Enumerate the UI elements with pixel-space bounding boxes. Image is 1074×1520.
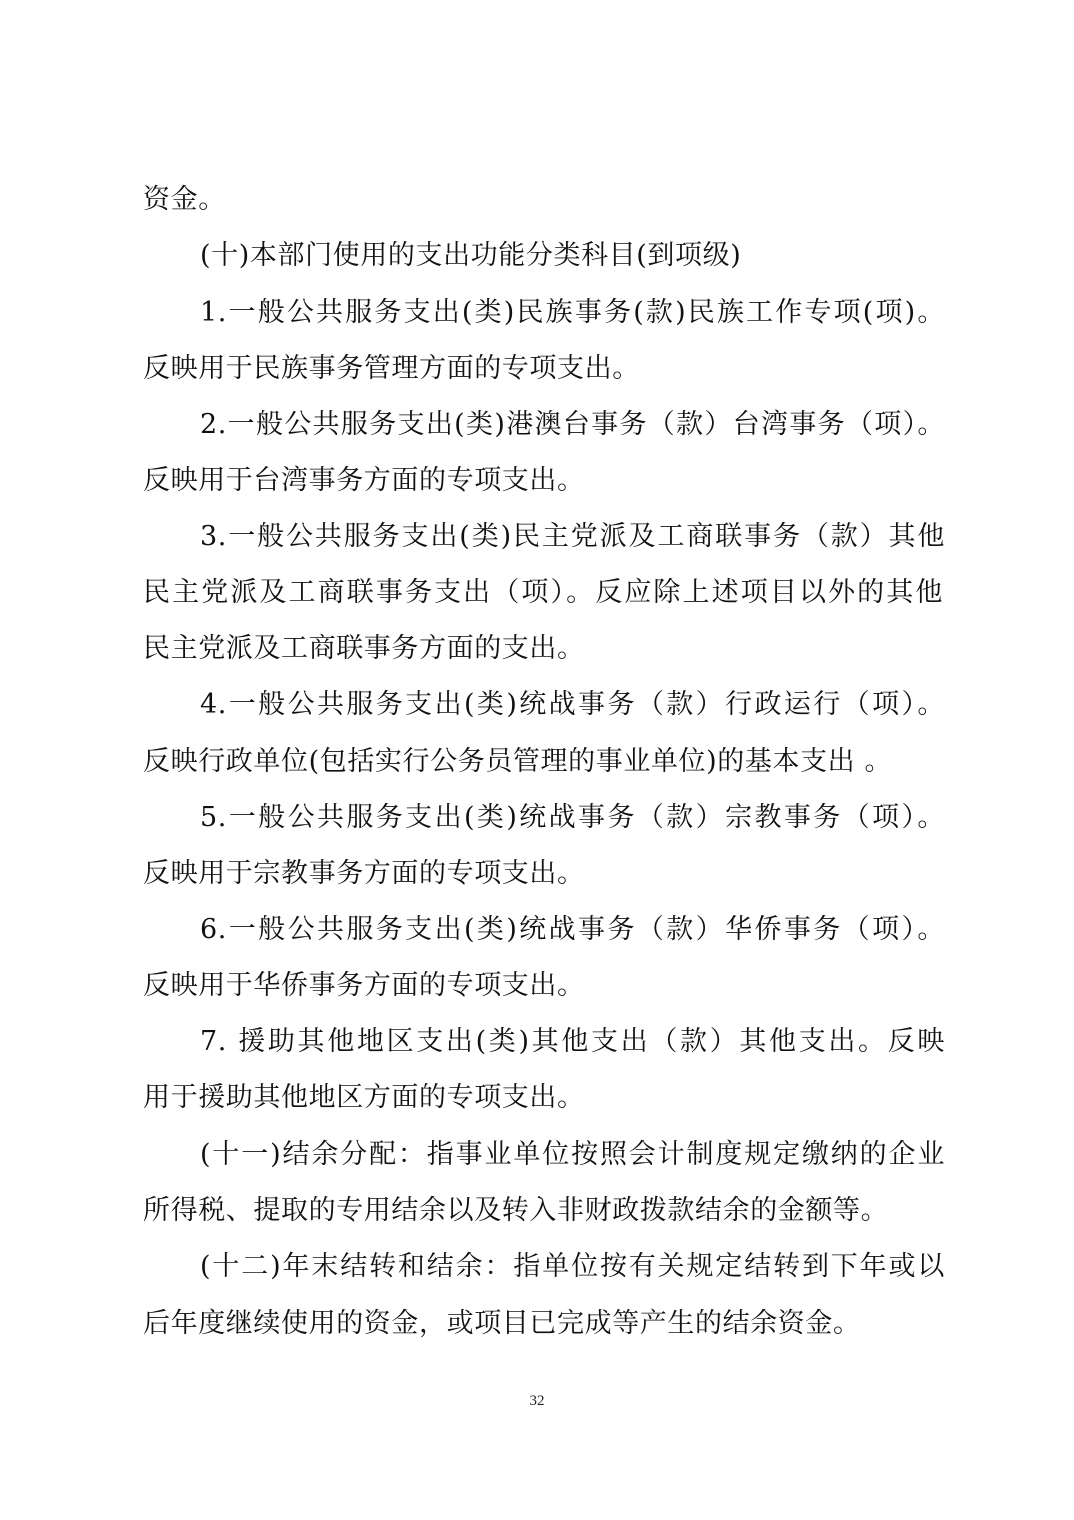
item-2-description: 反映用于台湾事务方面的专项支出。 — [143, 461, 943, 501]
item-6-title: 6.一般公共服务支出(类)统战事务（款）华侨事务（项）。 — [200, 910, 945, 950]
item-5-title: 5.一般公共服务支出(类)统战事务（款）宗教事务（项）。 — [200, 798, 945, 838]
document-page: 资金。 (十)本部门使用的支出功能分类科目(到项级) 1.一般公共服务支出(类)… — [0, 0, 1074, 1520]
item-1-description: 反映用于民族事务管理方面的专项支出。 — [143, 349, 943, 389]
section-twelve-definition-cont: 后年度继续使用的资金，或项目已完成等产生的结余资金。 — [143, 1304, 943, 1344]
item-2-title: 2.一般公共服务支出(类)港澳台事务（款）台湾事务（项）。 — [200, 405, 945, 445]
item-7-description: 用于援助其他地区方面的专项支出。 — [143, 1078, 943, 1118]
item-5-description: 反映用于宗教事务方面的专项支出。 — [143, 854, 943, 894]
item-3-title-cont: 民主党派及工商联事务支出（项）。反应除上述项目以外的其他 — [143, 573, 943, 613]
page-number: 32 — [0, 1393, 1074, 1410]
section-eleven-definition-cont: 所得税、提取的专用结余以及转入非财政拨款结余的金额等。 — [143, 1191, 943, 1231]
item-4-description: 反映行政单位(包括实行公务员管理的事业单位)的基本支出 。 — [143, 742, 943, 782]
item-3-title: 3.一般公共服务支出(类)民主党派及工商联事务（款）其他 — [200, 517, 945, 557]
section-eleven-definition: (十一)结余分配：指事业单位按照会计制度规定缴纳的企业 — [200, 1135, 945, 1175]
item-7-title: 7. 援助其他地区支出(类)其他支出（款）其他支出。反映 — [200, 1022, 945, 1062]
text-line-0: 资金。 — [143, 180, 943, 220]
item-6-description: 反映用于华侨事务方面的专项支出。 — [143, 966, 943, 1006]
item-3-description: 民主党派及工商联事务方面的支出。 — [143, 629, 943, 669]
item-1-title: 1.一般公共服务支出(类)民族事务(款)民族工作专项(项)。 — [200, 293, 945, 333]
item-4-title: 4.一般公共服务支出(类)统战事务（款）行政运行（项）。 — [200, 685, 945, 725]
section-twelve-definition: (十二)年末结转和结余：指单位按有关规定结转到下年或以 — [200, 1247, 945, 1287]
section-heading-ten: (十)本部门使用的支出功能分类科目(到项级) — [200, 236, 945, 276]
